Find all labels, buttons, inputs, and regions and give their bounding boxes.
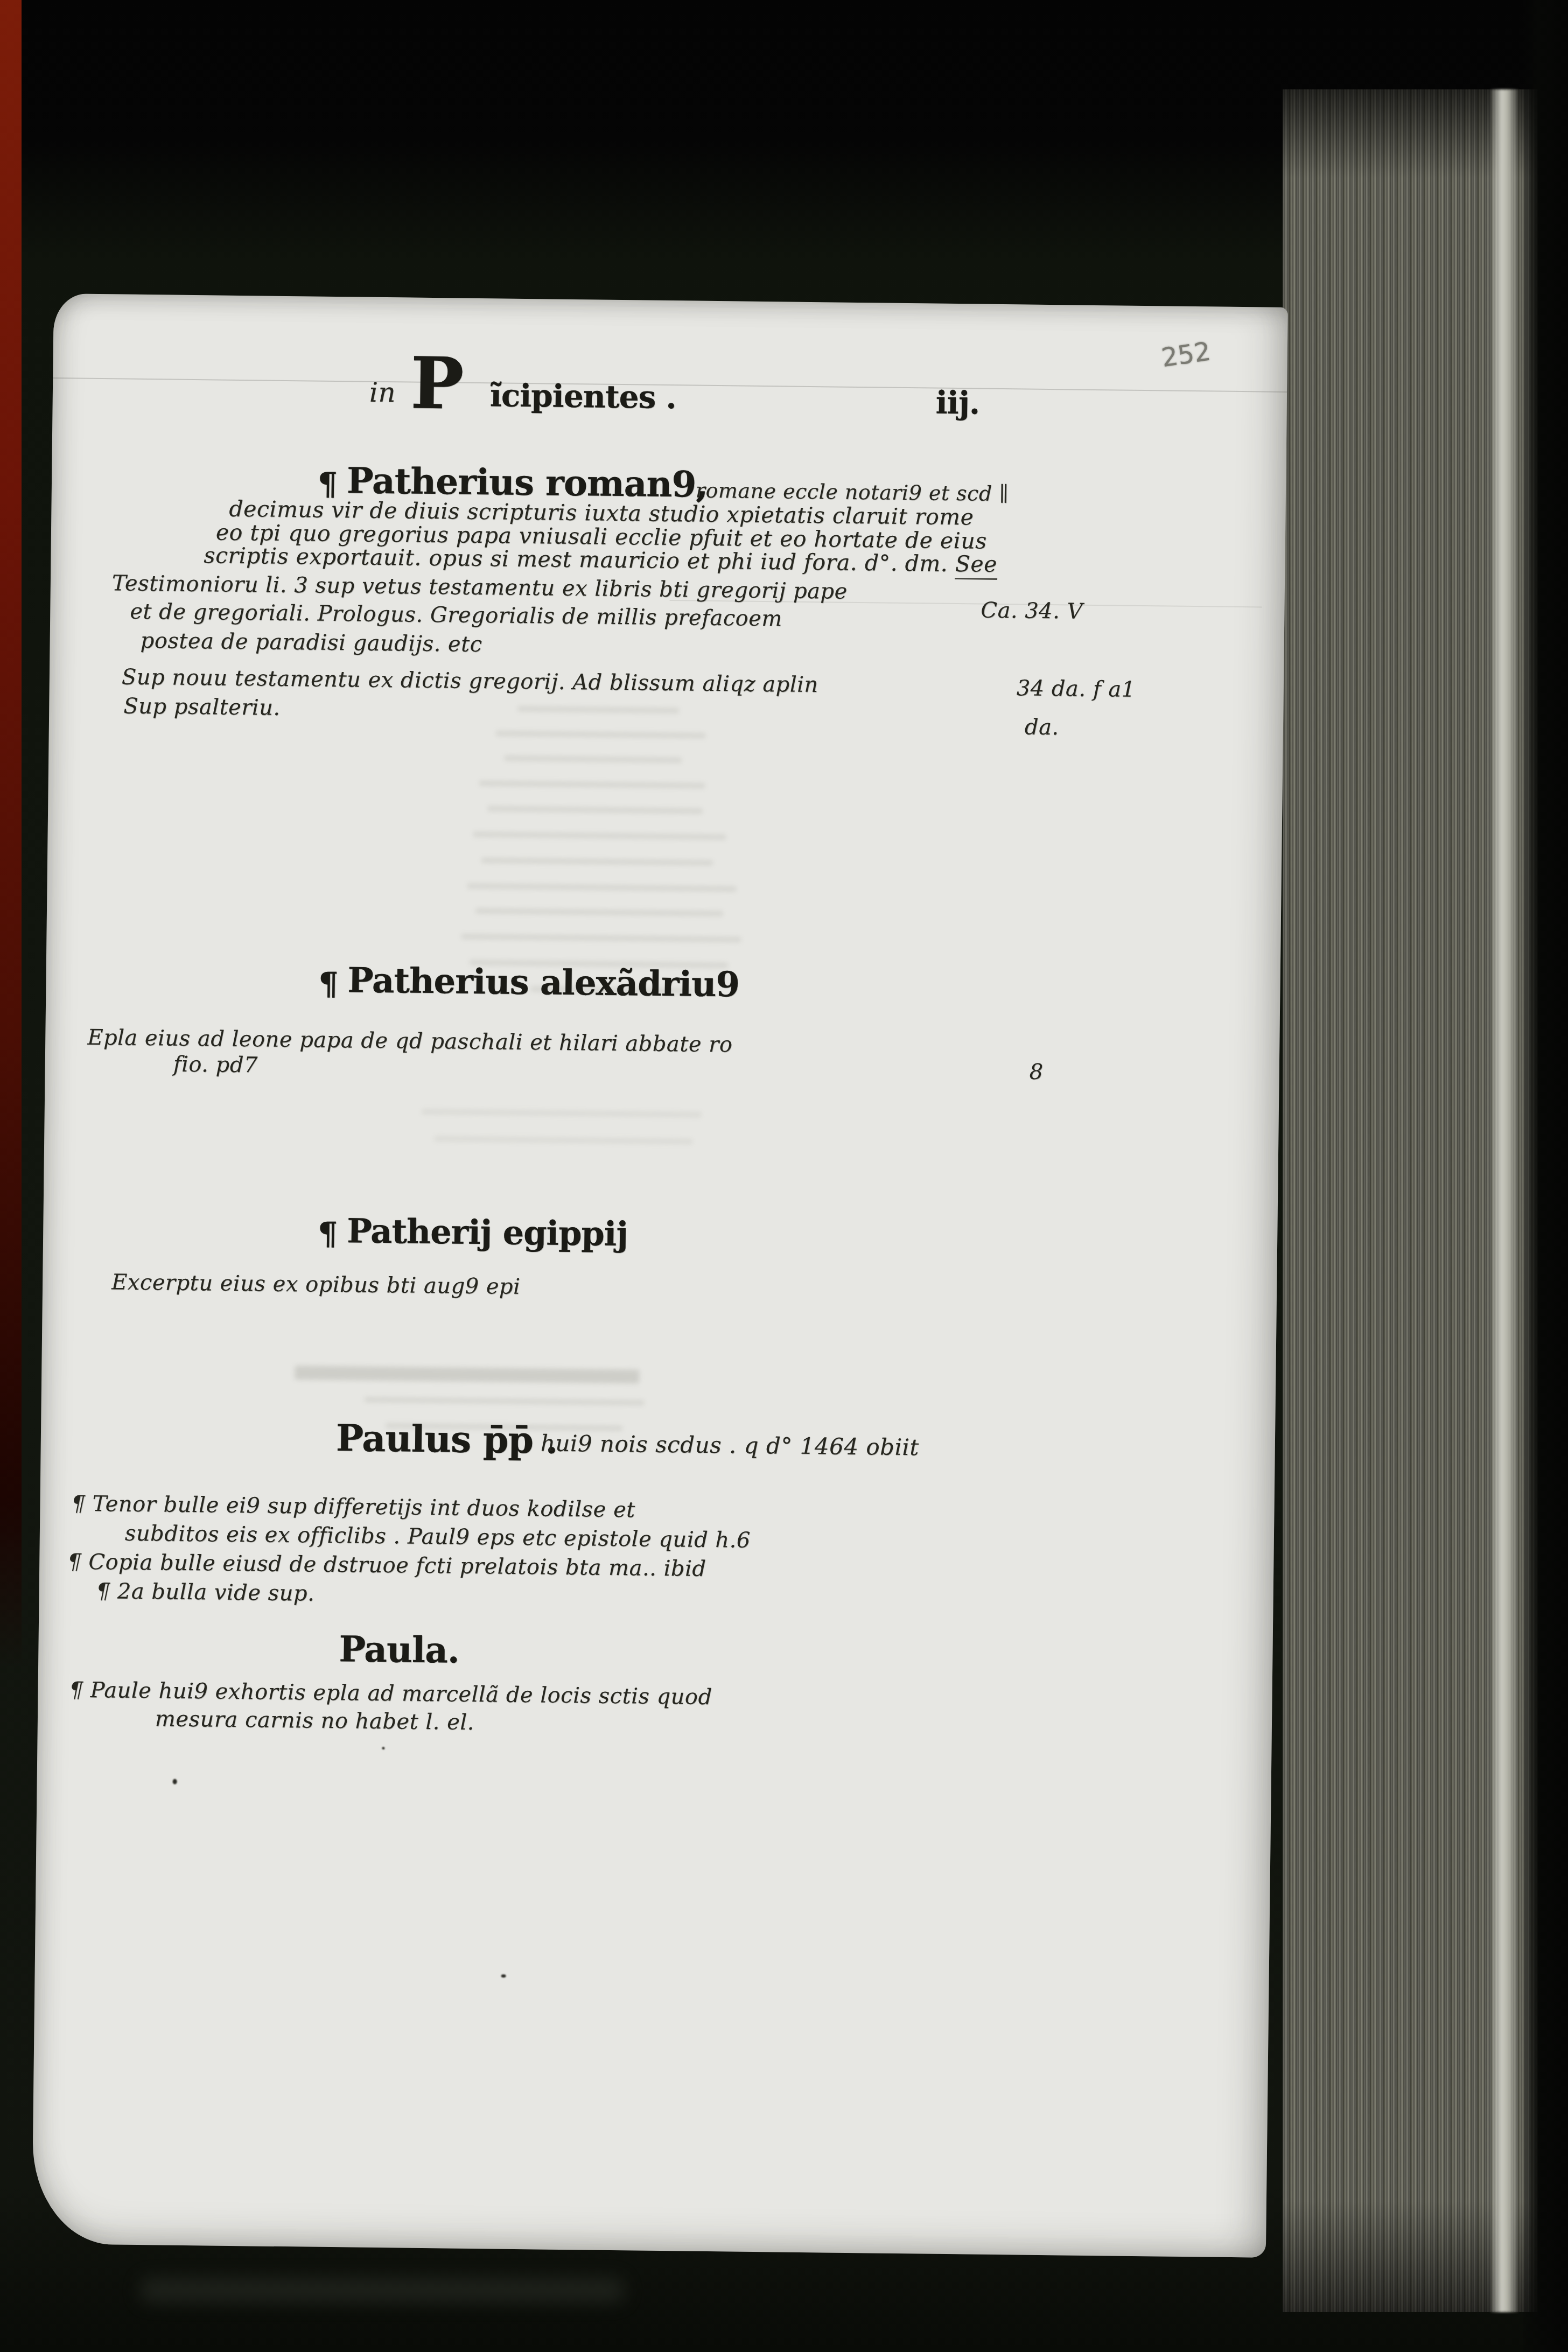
entry-line: ¶ Tenor bulle ei9 sup differetijs int du… [71,1492,635,1523]
bleedthrough-line [479,780,705,789]
entry-shelfmark-ref: 34 da. f a1 [1017,676,1136,702]
entry-line: mesura carnis no habet l. el. [155,1706,474,1735]
entry-shelfmark-ref: Ca. 34. V [981,598,1083,624]
ink-speck [173,1779,177,1784]
entry-line: Testimonioru li. 3 sup vetus testamentu … [112,571,848,604]
header-folio-numeral: iij. [935,384,979,422]
section3-title: Patherij egippij [347,1211,628,1254]
bleedthrough-heading [295,1366,639,1383]
fore-edge-highlight-band [1490,89,1518,2312]
section2-pilcrow: ¶ [318,965,338,1002]
bottom-smudge [140,2278,625,2302]
entry-shelfmark-ref: 8 [1029,1060,1043,1084]
header-word: ĩcipientes . [490,377,677,416]
bleedthrough-line [475,908,723,916]
manuscript-photograph: 252 in P ĩcipientes . iij. ¶ Patherius r… [0,0,1568,2352]
entry-line: Sup psalteriu. [123,694,281,720]
entry-line: postea de paradisi gaudijs. etc [140,628,482,657]
bleedthrough-line [487,806,703,814]
bleedthrough-line [496,730,706,738]
bleedthrough-line [422,1109,702,1118]
entry-line: subditos eis ex officlibs . Paul9 eps et… [125,1521,751,1553]
entry-line: ¶ Copia bulle eiusd de dstruoe fcti prel… [67,1549,706,1581]
ink-speck [382,1747,384,1749]
entry-line: Excerptu eius ex opibus bti aug9 epi [111,1270,521,1299]
red-cover-sliver [0,0,22,1669]
bleedthrough-line [467,883,737,892]
bleedthrough-line [434,1136,692,1144]
entry-line: ¶ 2a bulla vide sup. [96,1579,314,1606]
section5-title: Paula. [339,1628,459,1671]
bleedthrough-line [473,831,726,840]
section4-title: Paulus p̄p̄ . [335,1417,557,1462]
bleedthrough-line [481,857,713,866]
ink-speck [501,1975,506,1978]
entry-shelfmark-ref: da. [1025,715,1059,740]
right-shadow-band [1523,0,1568,2352]
bleedthrough-line [365,1397,645,1406]
manuscript-page: 252 in P ĩcipientes . iij. ¶ Patherius r… [32,293,1288,2258]
entry-line: fio. pd7 [173,1052,258,1078]
header-initial-P: P [410,342,464,426]
section2-title: Patherius alexãdriu9 [347,960,739,1005]
entry-line: et de gregoriali. Prologus. Gregorialis … [130,599,782,632]
bleedthrough-line [517,706,679,713]
header-prefix: in [369,377,396,409]
section3-pilcrow: ¶ [318,1215,338,1252]
pencil-folio-number: 252 [1159,337,1213,374]
entry-line: ¶ Paule hui9 exhortis epla ad marcellã d… [69,1677,712,1710]
entry-line: Sup nouu testamentu ex dictis gregorij. … [122,664,818,697]
bleedthrough-line [461,934,741,943]
bleedthrough-line [504,755,682,764]
section4-title-note: hui9 nois scdus . q d° 1464 obiit [541,1430,920,1460]
underlined-word: See [955,551,997,580]
